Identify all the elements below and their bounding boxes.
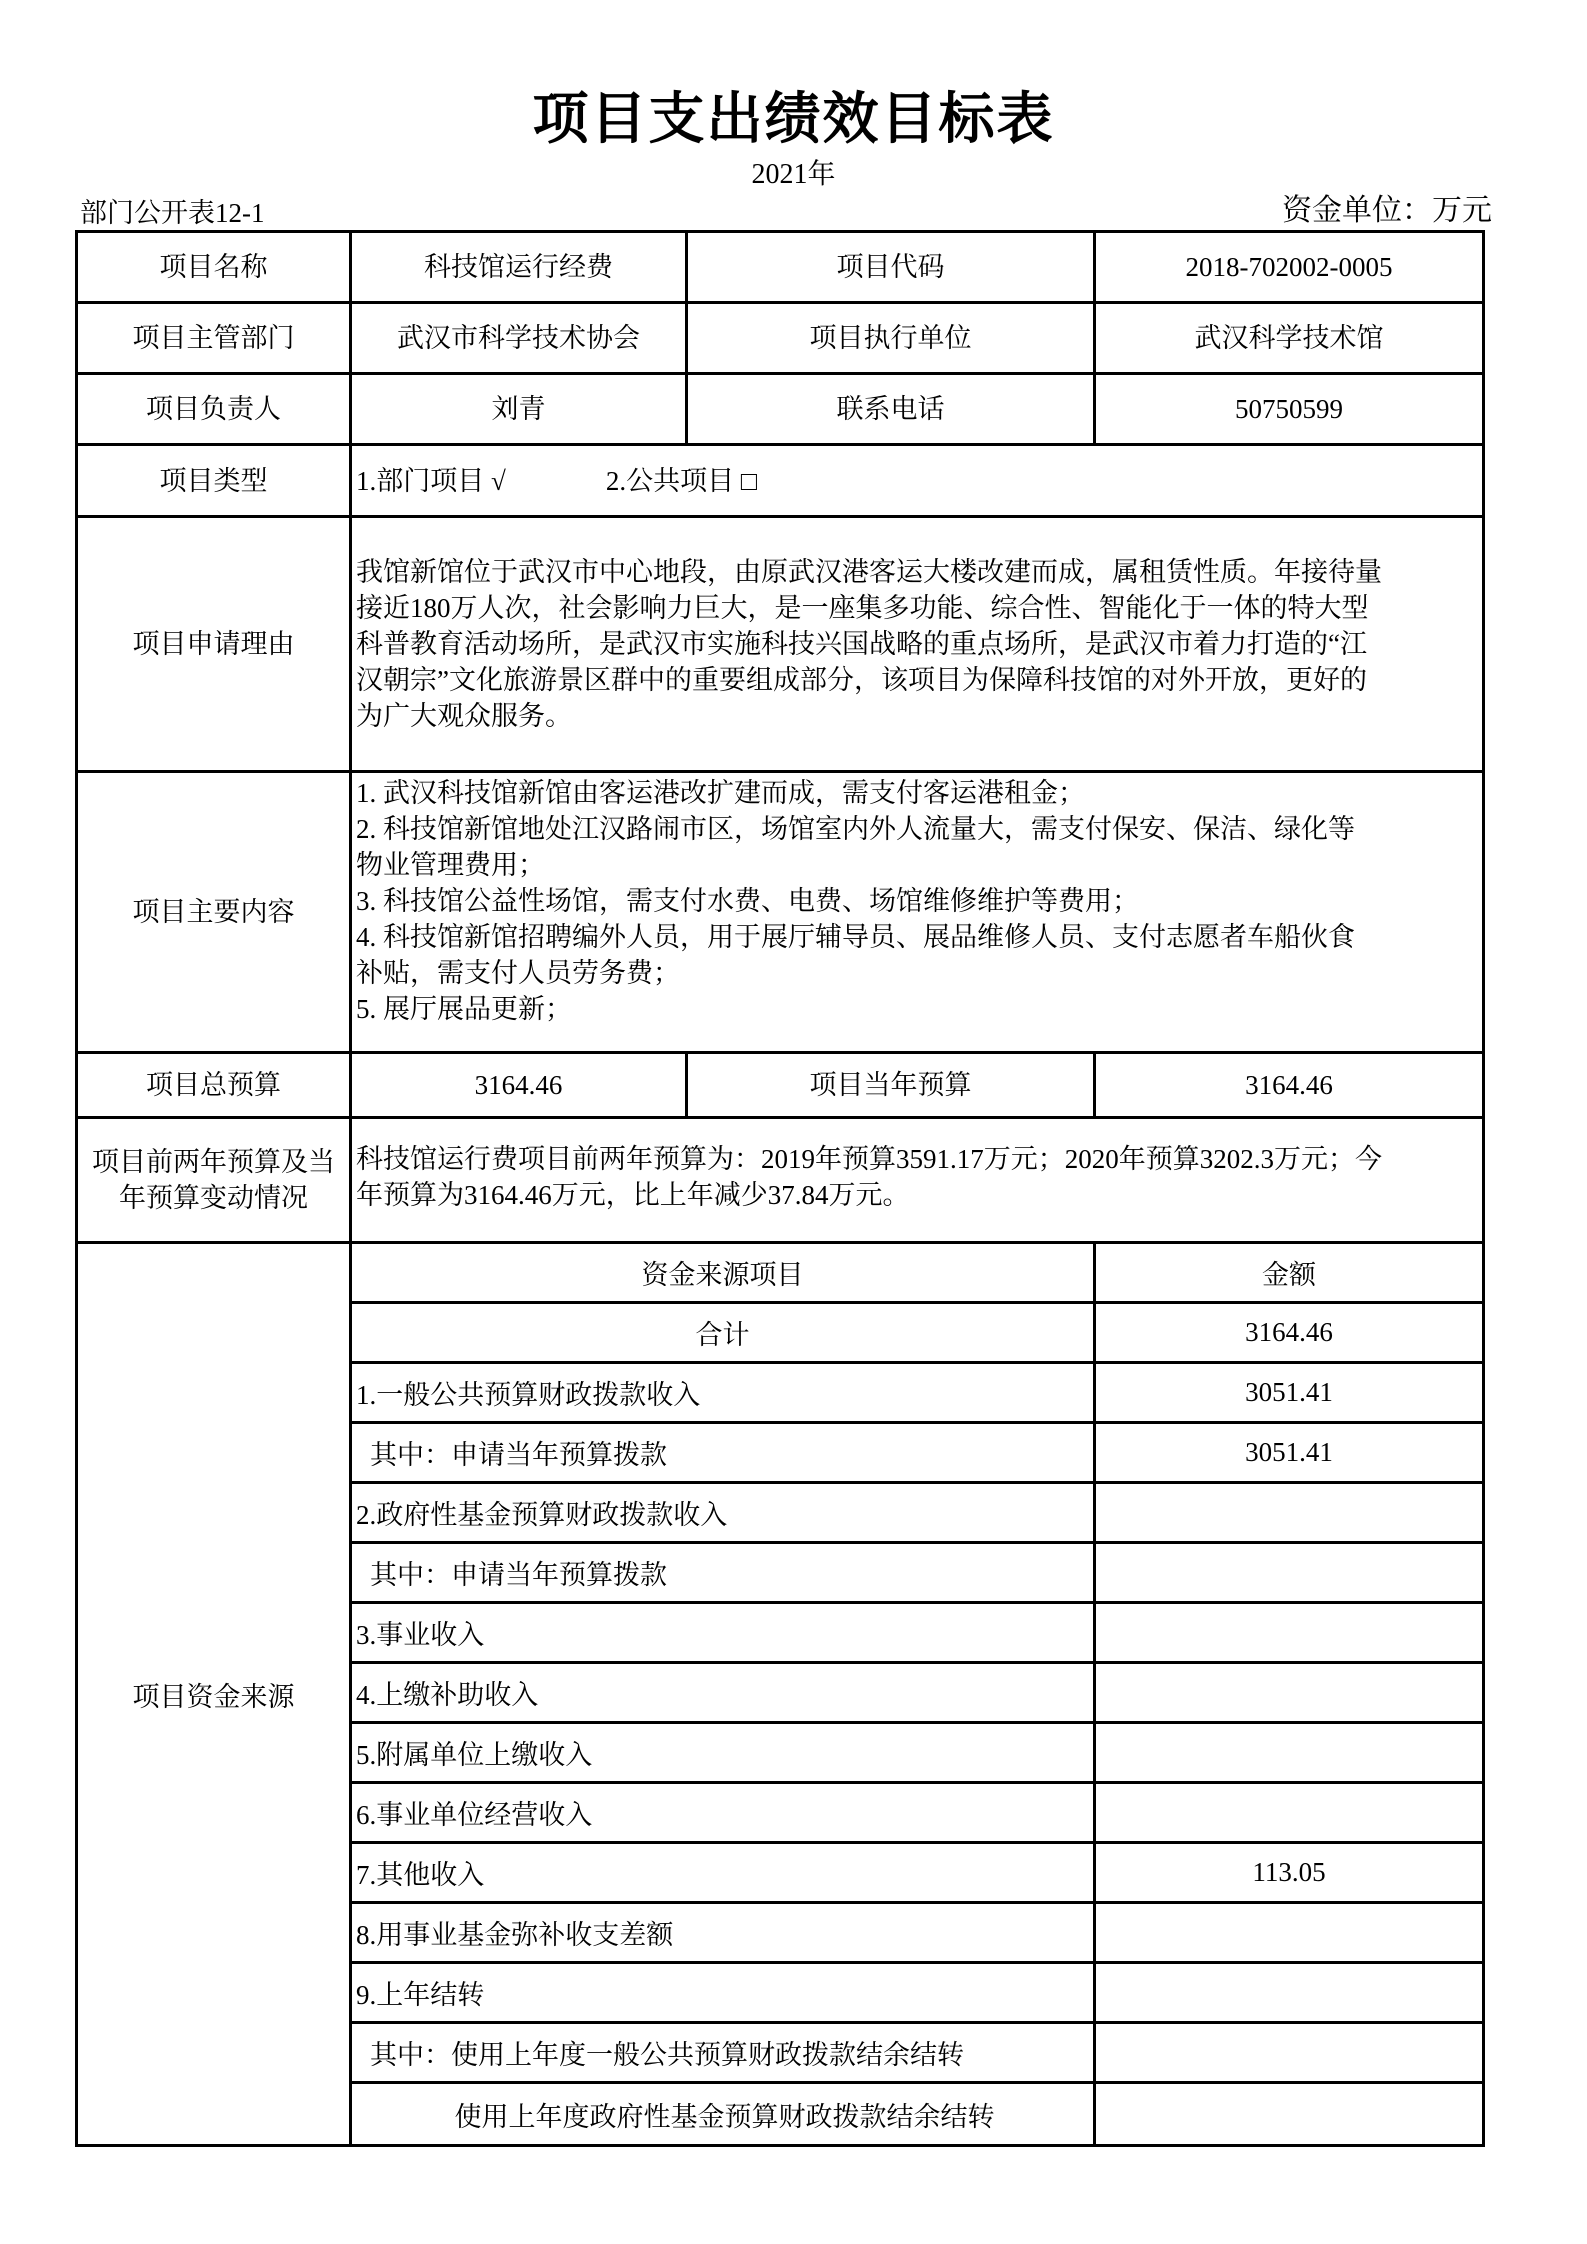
funding-amount: [1096, 1724, 1482, 1781]
exec-unit-value: 武汉科学技术馆: [1096, 304, 1482, 372]
dept-value: 武汉市科学技术协会: [352, 304, 688, 372]
funding-item: 其中：申请当年预算拨款: [352, 1424, 1096, 1481]
funding-amount: [1096, 1604, 1482, 1661]
content-line: 1. 武汉科技馆新馆由客运港改扩建而成，需支付客运港租金；: [356, 775, 1478, 811]
content-line: 4. 科技馆新馆招聘编外人员，用于展厅辅导员、展品维修人员、支付志愿者车船伙食: [356, 919, 1478, 955]
type-option-public: 2.公共项目 □: [606, 463, 757, 499]
total-budget-value: 3164.46: [352, 1054, 688, 1116]
funding-item: 7.其他收入: [352, 1844, 1096, 1901]
content-line: 补贴，需支付人员劳务费；: [356, 955, 1478, 991]
funding-header-item: 资金来源项目: [352, 1244, 1096, 1301]
row-funding-source: 项目资金来源 资金来源项目 金额 合计 3164.46 1.一般公共预算财政拨款…: [78, 1244, 1482, 2144]
page-title: 项目支出绩效目标表: [0, 88, 1587, 152]
funding-amount: 113.05: [1096, 1844, 1482, 1901]
exec-unit-label: 项目执行单位: [688, 304, 1096, 372]
performance-target-table: 项目名称 科技馆运行经费 项目代码 2018-702002-0005 项目主管部…: [75, 230, 1485, 2147]
row-application-reason: 项目申请理由 我馆新馆位于武汉市中心地段，由原武汉港客运大楼改建而成，属租赁性质…: [78, 518, 1482, 773]
funding-row: 4.上缴补助收入: [352, 1664, 1482, 1724]
report-year: 2021年: [0, 158, 1587, 192]
funding-amount: [1096, 2084, 1482, 2144]
funding-item: 3.事业收入: [352, 1604, 1096, 1661]
row-owner: 项目负责人 刘青 联系电话 50750599: [78, 375, 1482, 446]
project-type-options: 1.部门项目 √ 2.公共项目 □: [352, 446, 1482, 515]
reason-text: 我馆新馆位于武汉市中心地段，由原武汉港客运大楼改建而成，属租赁性质。年接待量 接…: [352, 518, 1482, 770]
budget-change-label: 项目前两年预算及当 年预算变动情况: [78, 1119, 352, 1241]
content-label: 项目主要内容: [78, 773, 352, 1051]
funding-item: 5.附属单位上缴收入: [352, 1724, 1096, 1781]
funding-item: 6.事业单位经营收入: [352, 1784, 1096, 1841]
current-budget-label: 项目当年预算: [688, 1054, 1096, 1116]
funding-amount: [1096, 1904, 1482, 1961]
funding-row: 3.事业收入: [352, 1604, 1482, 1664]
project-name-value: 科技馆运行经费: [352, 233, 688, 301]
currency-unit: 资金单位：万元: [1282, 193, 1492, 229]
content-line: 5. 展厅展品更新；: [356, 991, 1478, 1027]
current-budget-value: 3164.46: [1096, 1054, 1482, 1116]
funding-amount: [1096, 1544, 1482, 1601]
funding-label: 项目资金来源: [78, 1244, 352, 2144]
reason-label: 项目申请理由: [78, 518, 352, 770]
funding-header-amount: 金额: [1096, 1244, 1482, 1301]
funding-amount: [1096, 1664, 1482, 1721]
row-main-content: 项目主要内容 1. 武汉科技馆新馆由客运港改扩建而成，需支付客运港租金； 2. …: [78, 773, 1482, 1054]
funding-row: 2.政府性基金预算财政拨款收入: [352, 1484, 1482, 1544]
funding-item: 使用上年度政府性基金预算财政拨款结余结转: [352, 2084, 1096, 2144]
funding-row: 其中：申请当年预算拨款 3051.41: [352, 1424, 1482, 1484]
funding-row: 其中：申请当年预算拨款: [352, 1544, 1482, 1604]
phone-value: 50750599: [1096, 375, 1482, 443]
funding-table: 资金来源项目 金额 合计 3164.46 1.一般公共预算财政拨款收入 3051…: [352, 1244, 1482, 2144]
funding-row: 9.上年结转: [352, 1964, 1482, 2024]
funding-item: 1.一般公共预算财政拨款收入: [352, 1364, 1096, 1421]
row-budget: 项目总预算 3164.46 项目当年预算 3164.46: [78, 1054, 1482, 1119]
content-line: 3. 科技馆公益性场馆，需支付水费、电费、场馆维修维护等费用；: [356, 883, 1478, 919]
project-code-label: 项目代码: [688, 233, 1096, 301]
reason-line: 接近180万人次，社会影响力巨大，是一座集多功能、综合性、智能化于一体的特大型: [356, 590, 1478, 626]
owner-value: 刘青: [352, 375, 688, 443]
funding-item: 其中：申请当年预算拨款: [352, 1544, 1096, 1601]
project-code-value: 2018-702002-0005: [1096, 233, 1482, 301]
funding-header: 资金来源项目 金额: [352, 1244, 1482, 1304]
funding-amount: 3051.41: [1096, 1364, 1482, 1421]
funding-amount: [1096, 1964, 1482, 2021]
content-text: 1. 武汉科技馆新馆由客运港改扩建而成，需支付客运港租金； 2. 科技馆新馆地处…: [352, 773, 1482, 1051]
funding-row: 使用上年度政府性基金预算财政拨款结余结转: [352, 2084, 1482, 2144]
form-number: 部门公开表12-1: [80, 196, 265, 230]
funding-row: 5.附属单位上缴收入: [352, 1724, 1482, 1784]
reason-line: 为广大观众服务。: [356, 698, 1478, 734]
project-name-label: 项目名称: [78, 233, 352, 301]
funding-amount: 3164.46: [1096, 1304, 1482, 1361]
type-option-department: 1.部门项目 √: [356, 463, 506, 499]
change-line: 科技馆运行费项目前两年预算为：2019年预算3591.17万元；2020年预算3…: [356, 1141, 1478, 1177]
budget-change-text: 科技馆运行费项目前两年预算为：2019年预算3591.17万元；2020年预算3…: [352, 1119, 1482, 1241]
funding-item: 合计: [352, 1304, 1096, 1361]
change-line: 年预算为3164.46万元，比上年减少37.84万元。: [356, 1177, 1478, 1213]
reason-line: 汉朝宗”文化旅游景区群中的重要组成部分，该项目为保障科技馆的对外开放，更好的: [356, 662, 1478, 698]
phone-label: 联系电话: [688, 375, 1096, 443]
funding-row: 6.事业单位经营收入: [352, 1784, 1482, 1844]
row-project-name: 项目名称 科技馆运行经费 项目代码 2018-702002-0005: [78, 233, 1482, 304]
row-project-type: 项目类型 1.部门项目 √ 2.公共项目 □: [78, 446, 1482, 518]
content-line: 物业管理费用；: [356, 847, 1478, 883]
funding-row: 1.一般公共预算财政拨款收入 3051.41: [352, 1364, 1482, 1424]
owner-label: 项目负责人: [78, 375, 352, 443]
funding-item: 4.上缴补助收入: [352, 1664, 1096, 1721]
reason-line: 我馆新馆位于武汉市中心地段，由原武汉港客运大楼改建而成，属租赁性质。年接待量: [356, 554, 1478, 590]
reason-line: 科普教育活动场所，是武汉市实施科技兴国战略的重点场所，是武汉市着力打造的“江: [356, 626, 1478, 662]
funding-row: 8.用事业基金弥补收支差额: [352, 1904, 1482, 1964]
funding-amount: 3051.41: [1096, 1424, 1482, 1481]
funding-row: 7.其他收入 113.05: [352, 1844, 1482, 1904]
funding-item: 8.用事业基金弥补收支差额: [352, 1904, 1096, 1961]
dept-label: 项目主管部门: [78, 304, 352, 372]
funding-amount: [1096, 1484, 1482, 1541]
row-department: 项目主管部门 武汉市科学技术协会 项目执行单位 武汉科学技术馆: [78, 304, 1482, 375]
funding-row: 合计 3164.46: [352, 1304, 1482, 1364]
funding-item: 其中：使用上年度一般公共预算财政拨款结余结转: [352, 2024, 1096, 2081]
content-line: 2. 科技馆新馆地处江汉路闹市区，场馆室内外人流量大，需支付保安、保洁、绿化等: [356, 811, 1478, 847]
funding-row: 其中：使用上年度一般公共预算财政拨款结余结转: [352, 2024, 1482, 2084]
project-type-label: 项目类型: [78, 446, 352, 515]
funding-item: 9.上年结转: [352, 1964, 1096, 2021]
total-budget-label: 项目总预算: [78, 1054, 352, 1116]
funding-amount: [1096, 1784, 1482, 1841]
budget-change-label-line: 项目前两年预算及当: [92, 1144, 335, 1180]
funding-item: 2.政府性基金预算财政拨款收入: [352, 1484, 1096, 1541]
row-budget-change: 项目前两年预算及当 年预算变动情况 科技馆运行费项目前两年预算为：2019年预算…: [78, 1119, 1482, 1244]
budget-change-label-line: 年预算变动情况: [119, 1180, 308, 1216]
funding-amount: [1096, 2024, 1482, 2081]
